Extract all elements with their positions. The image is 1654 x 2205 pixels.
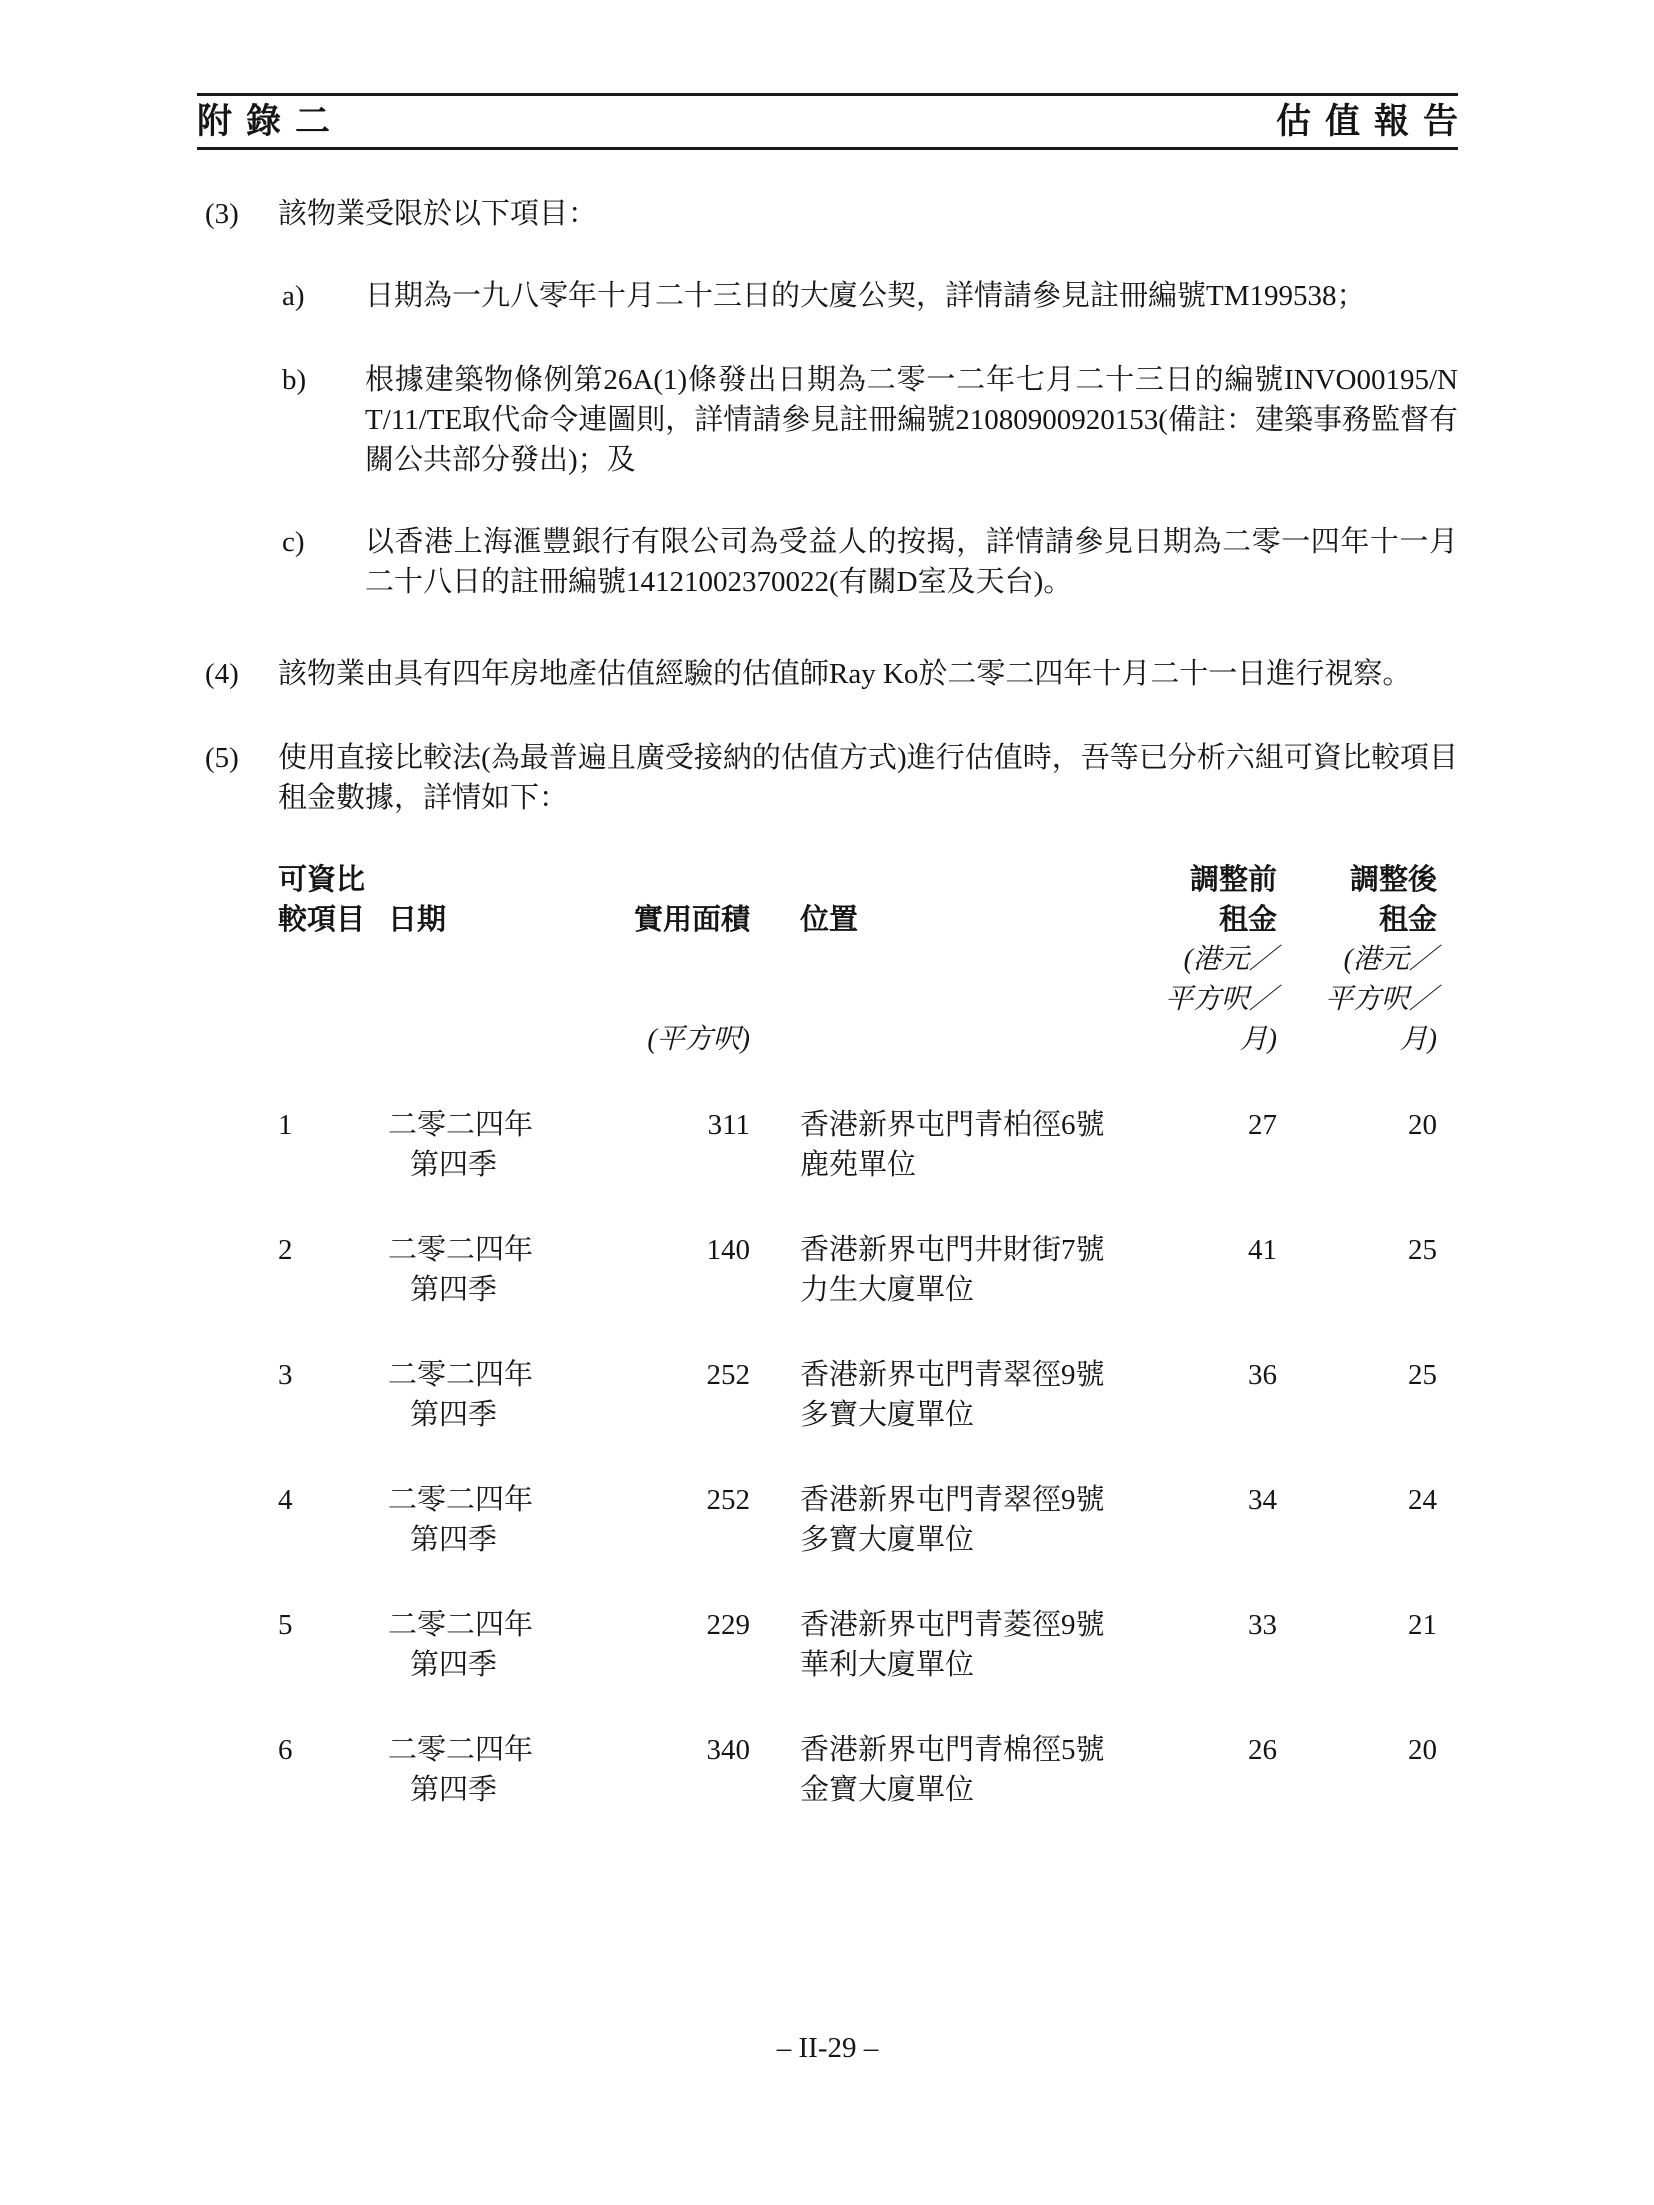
table-row-2: 2 二零二四年 140 香港新界屯門井財街7號 41 25 第四季 力生大廈單位 (278, 1230, 1437, 1310)
col-date: 日期 (388, 900, 538, 940)
table-header: 可資比 調整前 調整後 較項目 日期 實用面積 位置 租金 租金 (港元／ (港… (278, 860, 1437, 1060)
subitem-a: a) 日期為一九八零年十月二十三日的大廈公契，詳情請參見註冊編號TM199538… (282, 276, 1458, 316)
col-location: 位置 (800, 900, 1127, 940)
comparable-location-line1: 香港新界屯門青翠徑9號 (800, 1355, 1127, 1395)
col-comparable-line1: 可資比 (278, 860, 388, 900)
comparable-area: 252 (538, 1355, 750, 1395)
comparable-date-line1: 二零二四年 (388, 1355, 538, 1395)
rent-after-value: 20 (1277, 1105, 1437, 1145)
rent-after-value: 25 (1277, 1355, 1437, 1395)
comparable-date-line1: 二零二四年 (388, 1230, 538, 1270)
comparable-no: 4 (278, 1480, 388, 1520)
rent-after-value: 24 (1277, 1480, 1437, 1520)
table-row-5: 5 二零二四年 229 香港新界屯門青菱徑9號 33 21 第四季 華利大廈單位 (278, 1605, 1437, 1685)
comparable-date-line1: 二零二四年 (388, 1480, 538, 1520)
subitem-b-label: b) (282, 360, 365, 480)
comparable-area: 252 (538, 1480, 750, 1520)
item-4-label: (4) (205, 654, 278, 694)
item-3: (3) 該物業受限於以下項目： (205, 194, 1458, 234)
item-5: (5) 使用直接比較法(為最普遍且廣受接納的估值方式)進行估值時，吾等已分析六組… (205, 738, 1458, 818)
rent-before-unit-line1: (港元／ (1127, 940, 1277, 980)
comparable-no: 6 (278, 1730, 388, 1770)
comparable-location-line2: 多寶大廈單位 (800, 1395, 1127, 1435)
rent-before-value: 34 (1127, 1480, 1277, 1520)
col-rent-before: 調整前 (1127, 860, 1277, 900)
subitem-c-text: 以香港上海滙豐銀行有限公司為受益人的按揭，詳情請參見日期為二零一四年十一月二十八… (365, 522, 1458, 602)
comparable-no: 5 (278, 1605, 388, 1645)
comparable-location-line2: 鹿苑單位 (800, 1145, 1127, 1185)
report-title: 估值報告 (1276, 104, 1472, 139)
comparable-no: 2 (278, 1230, 388, 1270)
subitem-b-text: 根據建築物條例第26A(1)條發出日期為二零一二年七月二十三日的編號INVO00… (365, 360, 1458, 480)
rent-before-value: 33 (1127, 1605, 1277, 1645)
comparable-area: 340 (538, 1730, 750, 1770)
item-5-text: 使用直接比較法(為最普遍且廣受接納的估值方式)進行估值時，吾等已分析六組可資比較… (278, 738, 1458, 818)
comparable-location-line1: 香港新界屯門井財街7號 (800, 1230, 1127, 1270)
table-row-1: 1 二零二四年 311 香港新界屯門青柏徑6號 27 20 第四季 鹿苑單位 (278, 1105, 1437, 1185)
rent-before-value: 27 (1127, 1105, 1277, 1145)
table-row-4: 4 二零二四年 252 香港新界屯門青翠徑9號 34 24 第四季 多寶大廈單位 (278, 1480, 1437, 1560)
comparable-date-line2: 第四季 (388, 1395, 538, 1435)
subitem-c-label: c) (282, 522, 365, 602)
comparable-date-line2: 第四季 (388, 1270, 538, 1310)
col-rent-after: 調整後 (1277, 860, 1437, 900)
rent-after-value: 20 (1277, 1730, 1437, 1770)
col-rent-after-line2: 租金 (1277, 900, 1437, 940)
rent-before-value: 26 (1127, 1730, 1277, 1770)
table-row-3: 3 二零二四年 252 香港新界屯門青翠徑9號 36 25 第四季 多寶大廈單位 (278, 1355, 1437, 1435)
comparable-date-line1: 二零二四年 (388, 1605, 538, 1645)
comparable-location-line1: 香港新界屯門青棉徑5號 (800, 1730, 1127, 1770)
document-page: 附錄二 估值報告 (3) 該物業受限於以下項目： a) 日期為一九八零年十月二十… (0, 0, 1654, 2205)
rent-after-unit-line1: (港元／ (1277, 940, 1437, 980)
rent-after-value: 25 (1277, 1230, 1437, 1270)
subitem-c: c) 以香港上海滙豐銀行有限公司為受益人的按揭，詳情請參見日期為二零一四年十一月… (282, 522, 1458, 602)
page-number: – II-29 – (197, 2028, 1458, 2068)
comparable-area: 140 (538, 1230, 750, 1270)
comparable-area: 229 (538, 1605, 750, 1645)
comparable-location-line1: 香港新界屯門青柏徑6號 (800, 1105, 1127, 1145)
rent-before-unit-line2: 平方呎／ (1127, 980, 1277, 1020)
rent-after-unit-line3: 月) (1277, 1020, 1437, 1060)
comparable-date-line2: 第四季 (388, 1145, 538, 1185)
col-area: 實用面積 (538, 900, 750, 940)
col-rent-before-line2: 租金 (1127, 900, 1277, 940)
rent-before-value: 36 (1127, 1355, 1277, 1395)
subitem-b: b) 根據建築物條例第26A(1)條發出日期為二零一二年七月二十三日的編號INV… (282, 360, 1458, 480)
subitem-a-label: a) (282, 276, 365, 316)
page-header: 附錄二 估值報告 (197, 93, 1458, 150)
comparable-location-line1: 香港新界屯門青翠徑9號 (800, 1480, 1127, 1520)
comparable-no: 1 (278, 1105, 388, 1145)
item-5-label: (5) (205, 738, 278, 818)
col-area-unit: (平方呎) (538, 1020, 750, 1060)
item-3-text: 該物業受限於以下項目： (278, 194, 1458, 234)
item-4-text: 該物業由具有四年房地產估值經驗的估值師Ray Ko於二零二四年十月二十一日進行視… (278, 654, 1458, 694)
subitem-a-text: 日期為一九八零年十月二十三日的大廈公契，詳情請參見註冊編號TM199538； (365, 276, 1458, 316)
comparable-location-line1: 香港新界屯門青菱徑9號 (800, 1605, 1127, 1645)
comparable-date-line2: 第四季 (388, 1645, 538, 1685)
table-row-6: 6 二零二四年 340 香港新界屯門青棉徑5號 26 20 第四季 金寶大廈單位 (278, 1730, 1437, 1810)
rent-after-value: 21 (1277, 1605, 1437, 1645)
comparable-date-line1: 二零二四年 (388, 1105, 538, 1145)
comparable-date-line2: 第四季 (388, 1520, 538, 1560)
comparable-location-line2: 華利大廈單位 (800, 1645, 1127, 1685)
comparable-location-line2: 金寶大廈單位 (800, 1770, 1127, 1810)
rent-before-unit-line3: 月) (1127, 1020, 1277, 1060)
rent-before-value: 41 (1127, 1230, 1277, 1270)
comparable-location-line2: 力生大廈單位 (800, 1270, 1127, 1310)
comparable-area: 311 (538, 1105, 750, 1145)
comparable-date-line2: 第四季 (388, 1770, 538, 1810)
item-4: (4) 該物業由具有四年房地產估值經驗的估值師Ray Ko於二零二四年十月二十一… (205, 654, 1458, 694)
col-comparable-line2: 較項目 (278, 900, 388, 940)
rent-after-unit-line2: 平方呎／ (1277, 980, 1437, 1020)
item-3-label: (3) (205, 194, 278, 234)
comparable-date-line1: 二零二四年 (388, 1730, 538, 1770)
comparable-location-line2: 多寶大廈單位 (800, 1520, 1127, 1560)
appendix-title: 附錄二 (197, 104, 344, 139)
comparable-no: 3 (278, 1355, 388, 1395)
